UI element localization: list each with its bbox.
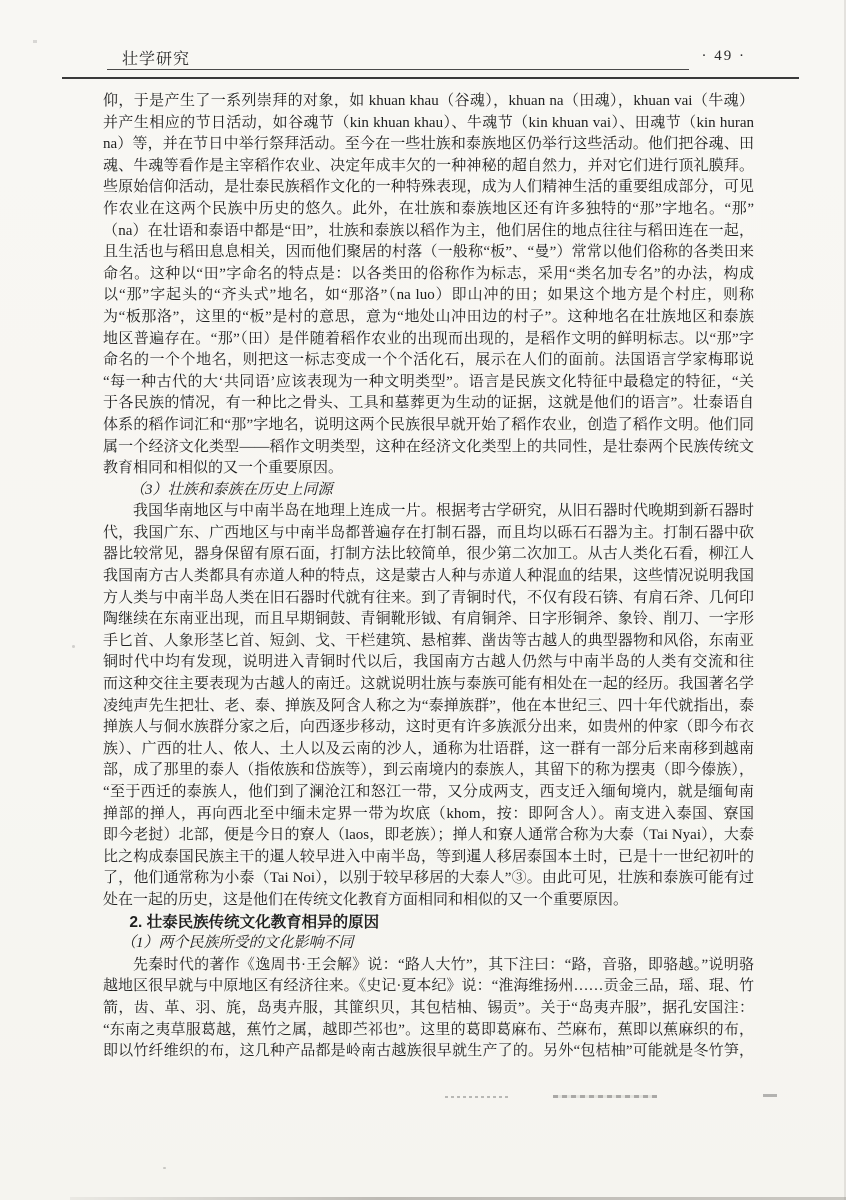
text-line: 部，成了那里的泰人（指侬族和岱族等），到云南境内的泰族人，其留下的称为摆夷（即今… — [103, 760, 754, 782]
text-line: 命名的一个个地名，则把这一标志变成一个个活化石，展示在人们的面前。法国语言学家梅… — [103, 350, 754, 372]
text-line: （na）在壮语和泰语中都是“田”，壮族和泰族以稻作为主，他们居住的地点往往与稻田… — [103, 221, 754, 243]
text-line: 越地区很早就与中原地区有经济往来。《史记·夏本纪》说：“淮海维扬州……贡金三品，… — [103, 976, 754, 998]
page-body: 仰，于是产生了一系列崇拜的对象，如 khuan khau（谷魂），khuan n… — [103, 91, 754, 1063]
text-line: 仰，于是产生了一系列崇拜的对象，如 khuan khau（谷魂），khuan n… — [103, 91, 754, 113]
text-line: “至于西迁的泰族人，他们到了澜沧江和怒江一带，又分成两支，西支迁入缅甸境内，就是… — [103, 782, 754, 804]
text-line: 为“板那洛”，这里的“板”是村的意思，意为“地处山冲田边的村子”。这种地名在壮族… — [103, 307, 754, 329]
scanned-page: 壮学研究 · 49 · 仰，于是产生了一系列崇拜的对象，如 khuan khau… — [0, 0, 846, 1200]
text-line: 而这种交往主要表现为古越人的南迁。这就说明壮族与泰族可能有相处在一起的经历。我国… — [103, 674, 754, 696]
text-line: 即今老挝）北部，便是今日的寮人（laos，即老族）；掸人和寮人通常合称为大泰（T… — [103, 825, 754, 847]
text-line: 代，我国广东、广西地区与中南半岛都普遍存在打制石器，而且均以砾石石器为主。打制石… — [103, 523, 754, 545]
text-line: 器比较常见，器身保留有原石面，打制方法比较简单，很少第二次加工。从古人类化石看，… — [103, 544, 754, 566]
text-line: “每一种古代的大‘共同语’应该表现为一种文明类型”。语言是民族文化特征中最稳定的… — [103, 372, 754, 394]
text-line: 作农业在这两个民族中历史的悠久。此外，在壮族和泰族地区还有许多独特的“那”字地名… — [103, 199, 754, 221]
text-line: 铜时代中均有发现，说明进入青铜时代以后，我国南方古越人仍然与中南半岛的人类有交流… — [103, 652, 754, 674]
text-line: na）等，并在节日中举行祭拜活动。至今在一些壮族和泰族地区仍举行这些活动。他们把… — [103, 134, 754, 156]
header-rule-thick — [62, 77, 799, 79]
text-line: 体系的稻作词汇和“那”字地名，说明这两个民族很早就开始了稻作农业，创造了稻作文明… — [103, 415, 754, 437]
text-line: “东南之夷草服葛越，蕉竹之属，越即苎祁也”。这里的葛即葛麻布、苎麻布，蕉即以蕉麻… — [103, 1020, 754, 1042]
scan-smudge — [553, 1095, 657, 1098]
text-line: （1）两个民族所受的文化影响不同 — [103, 933, 754, 955]
scan-smudge — [763, 1094, 777, 1097]
text-line: 属一个经济文化类型——稻作文明类型，这种在经济文化类型上的共同性，是壮泰两个民族… — [103, 437, 754, 459]
text-line: 陶继续在东南亚出现，而且早期铜鼓、青铜靴形钺、有肩铜斧、日字形铜斧、象铃、削刀、… — [103, 609, 754, 631]
text-line: 并产生相应的节日活动，如谷魂节（kin khuan khau）、牛魂节（kin … — [103, 113, 754, 135]
page-number: · 49 · — [702, 48, 747, 65]
scan-speck — [33, 40, 37, 43]
text-line: 比之构成泰国民族主干的暹人较早进入中南半岛，等到暹人移居泰国本土时，已是十一世纪… — [103, 847, 754, 869]
text-line: （3）壮族和泰族在历史上同源 — [103, 480, 754, 502]
text-line: 魂、牛魂等看作是主宰稻作农业、决定年成丰欠的一种神秘的超自然力，并对它们进行顶礼… — [103, 156, 754, 178]
text-line: 掸部的掸人，再向西北至中缅未定界一带为坎底（khom，按：即阿含人）。南支进入泰… — [103, 804, 754, 826]
text-line: 先秦时代的著作《逸周书·王会解》说：“路人大竹”，其下注曰：“路，音骆，即骆越。… — [103, 955, 754, 977]
text-line: 2. 壮泰民族传统文化教育相异的原因 — [103, 912, 754, 934]
text-line: 掸族人与侗水族群分家之后，向西逐步移动，这时更有许多族派分出来，如贵州的仲家（即… — [103, 717, 754, 739]
text-line: 我国华南地区与中南半岛在地理上连成一片。根据考古学研究，从旧石器时代晚期到新石器… — [103, 501, 754, 523]
text-line: 族）、广西的壮人、侬人、土人以及云南的沙人，通称为壮语群，这一群有一部分后来南移… — [103, 739, 754, 761]
text-line: 地区普遍存在。“那”（田）是伴随着稻作农业的出现而出现的，是稻作文明的鲜明标志。… — [103, 329, 754, 351]
scan-speck — [72, 645, 75, 648]
text-line: 箭，齿、革、羽、旄，岛夷卉服，其篚织贝，其包桔柚、锡贡”。关于“岛夷卉服”，据孔… — [103, 998, 754, 1020]
text-line: 方人类与中南半岛人类在旧石器时代就有往来。到了青铜时代，不仅有段石锛、有肩石斧、… — [103, 588, 754, 610]
text-line: 处在一起的历史，这是他们在传统文化教育方面相同和相似的又一个重要原因。 — [103, 890, 754, 912]
text-line: 凌纯声先生把壮、老、泰、掸族及阿含人称之为“泰掸族群”，他在本世纪三、四十年代就… — [103, 696, 754, 718]
scan-speck — [163, 1167, 166, 1169]
journal-title: 壮学研究 — [122, 46, 190, 69]
text-line: 命名。这种以“田”字命名的特点是：以各类田的俗称作为标志，采用“类名加专名”的办… — [103, 264, 754, 286]
text-line: 我国南方古人类都具有赤道人种的特点，这是蒙古人种与赤道人种混血的结果，这些情况说… — [103, 566, 754, 588]
text-line: 即以竹纤维织的布，这几种产品都是岭南古越族很早就生产了的。另外“包桔柚”可能就是… — [103, 1041, 754, 1063]
text-line: 手匕首、人象形茎匕首、短剑、戈、干栏建筑、悬棺葬、凿齿等古越人的典型器物和风俗，… — [103, 631, 754, 653]
text-line: 且生活也与稻田息息相关，因而他们聚居的村落（一般称“板”、“曼”）常常以他们俗称… — [103, 242, 754, 264]
header-rule-thin — [107, 69, 689, 70]
text-line: 于各民族的情况，有一种比之骨头、工具和墓葬更为生动的证据，这就是他们的语言”。壮… — [103, 393, 754, 415]
text-line: 了，他们通常称为小泰（Tai Noi），以别于较早移居的大泰人”③。由此可见，壮… — [103, 868, 754, 890]
text-line: 以“那”字起头的“齐头式”地名，如“那洛”（na luo）即山冲的田；如果这个地… — [103, 285, 754, 307]
text-line: 些原始信仰活动，是壮泰民族稻作文化的一种特殊表现，成为人们精神生活的重要组成部分… — [103, 177, 754, 199]
scan-smudge — [445, 1096, 511, 1098]
text-line: 教育相同和相似的又一个重要原因。 — [103, 458, 754, 480]
